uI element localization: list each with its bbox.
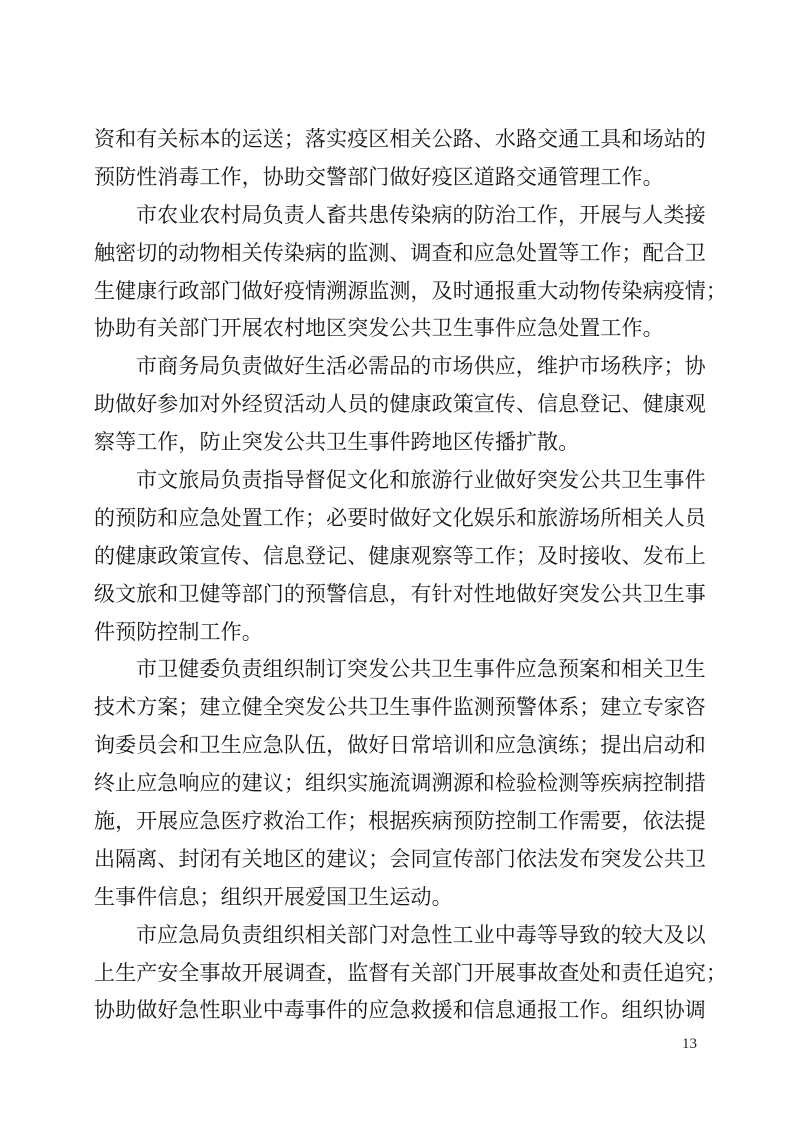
text-line: 的健康政策宣传、信息登记、健康观察等工作；及时接收、发布上	[94, 538, 706, 576]
text-line: 预防性消毒工作，协助交警部门做好疫区道路交通管理工作。	[94, 159, 706, 197]
text-line: 助做好参加对外经贸活动人员的健康政策宣传、信息登记、健康观	[94, 386, 706, 424]
text-line: 协助做好急性职业中毒事件的应急救援和信息通报工作。组织协调	[94, 992, 706, 1030]
paragraph: 市文旅局负责指导督促文化和旅游行业做好突发公共卫生事件的预防和应急处置工作；必要…	[94, 462, 706, 651]
text-line: 生事件信息；组织开展爱国卫生运动。	[94, 879, 706, 917]
text-line: 资和有关标本的运送；落实疫区相关公路、水路交通工具和场站的	[94, 121, 706, 159]
text-line: 件预防控制工作。	[94, 614, 706, 652]
paragraph: 资和有关标本的运送；落实疫区相关公路、水路交通工具和场站的预防性消毒工作，协助交…	[94, 121, 706, 197]
text-line: 市卫健委负责组织制订突发公共卫生事件应急预案和相关卫生	[94, 651, 706, 689]
text-line: 终止应急响应的建议；组织实施流调溯源和检验检测等疾病控制措	[94, 765, 706, 803]
text-line: 级文旅和卫健等部门的预警信息，有针对性地做好突发公共卫生事	[94, 576, 706, 614]
text-line: 施，开展应急医疗救治工作；根据疾病预防控制工作需要，依法提	[94, 803, 706, 841]
text-line: 市农业农村局负责人畜共患传染病的防治工作，开展与人类接	[94, 197, 706, 235]
text-line: 生健康行政部门做好疫情溯源监测，及时通报重大动物传染病疫情；	[94, 273, 706, 311]
text-line: 协助有关部门开展农村地区突发公共卫生事件应急处置工作。	[94, 310, 706, 348]
page-number: 13	[682, 1034, 706, 1054]
text-line: 触密切的动物相关传染病的监测、调查和应急处置等工作；配合卫	[94, 235, 706, 273]
paragraph: 市卫健委负责组织制订突发公共卫生事件应急预案和相关卫生技术方案；建立健全突发公共…	[94, 651, 706, 916]
text-line: 市文旅局负责指导督促文化和旅游行业做好突发公共卫生事件	[94, 462, 706, 500]
paragraph: 市农业农村局负责人畜共患传染病的防治工作，开展与人类接触密切的动物相关传染病的监…	[94, 197, 706, 349]
paragraph: 市商务局负责做好生活必需品的市场供应，维护市场秩序；协助做好参加对外经贸活动人员…	[94, 348, 706, 462]
text-line: 上生产安全事故开展调查，监督有关部门开展事故查处和责任追究；	[94, 955, 706, 993]
paragraph: 市应急局负责组织相关部门对急性工业中毒等导致的较大及以上生产安全事故开展调查，监…	[94, 917, 706, 1031]
text-line: 市应急局负责组织相关部门对急性工业中毒等导致的较大及以	[94, 917, 706, 955]
body-text: 资和有关标本的运送；落实疫区相关公路、水路交通工具和场站的预防性消毒工作，协助交…	[94, 121, 706, 1030]
text-line: 市商务局负责做好生活必需品的市场供应，维护市场秩序；协	[94, 348, 706, 386]
text-line: 察等工作，防止突发公共卫生事件跨地区传播扩散。	[94, 424, 706, 462]
document-page: 资和有关标本的运送；落实疫区相关公路、水路交通工具和场站的预防性消毒工作，协助交…	[0, 0, 794, 1122]
text-line: 技术方案；建立健全突发公共卫生事件监测预警体系；建立专家咨	[94, 689, 706, 727]
text-line: 询委员会和卫生应急队伍，做好日常培训和应急演练；提出启动和	[94, 727, 706, 765]
text-line: 的预防和应急处置工作；必要时做好文化娱乐和旅游场所相关人员	[94, 500, 706, 538]
text-line: 出隔离、封闭有关地区的建议；会同宣传部门依法发布突发公共卫	[94, 841, 706, 879]
